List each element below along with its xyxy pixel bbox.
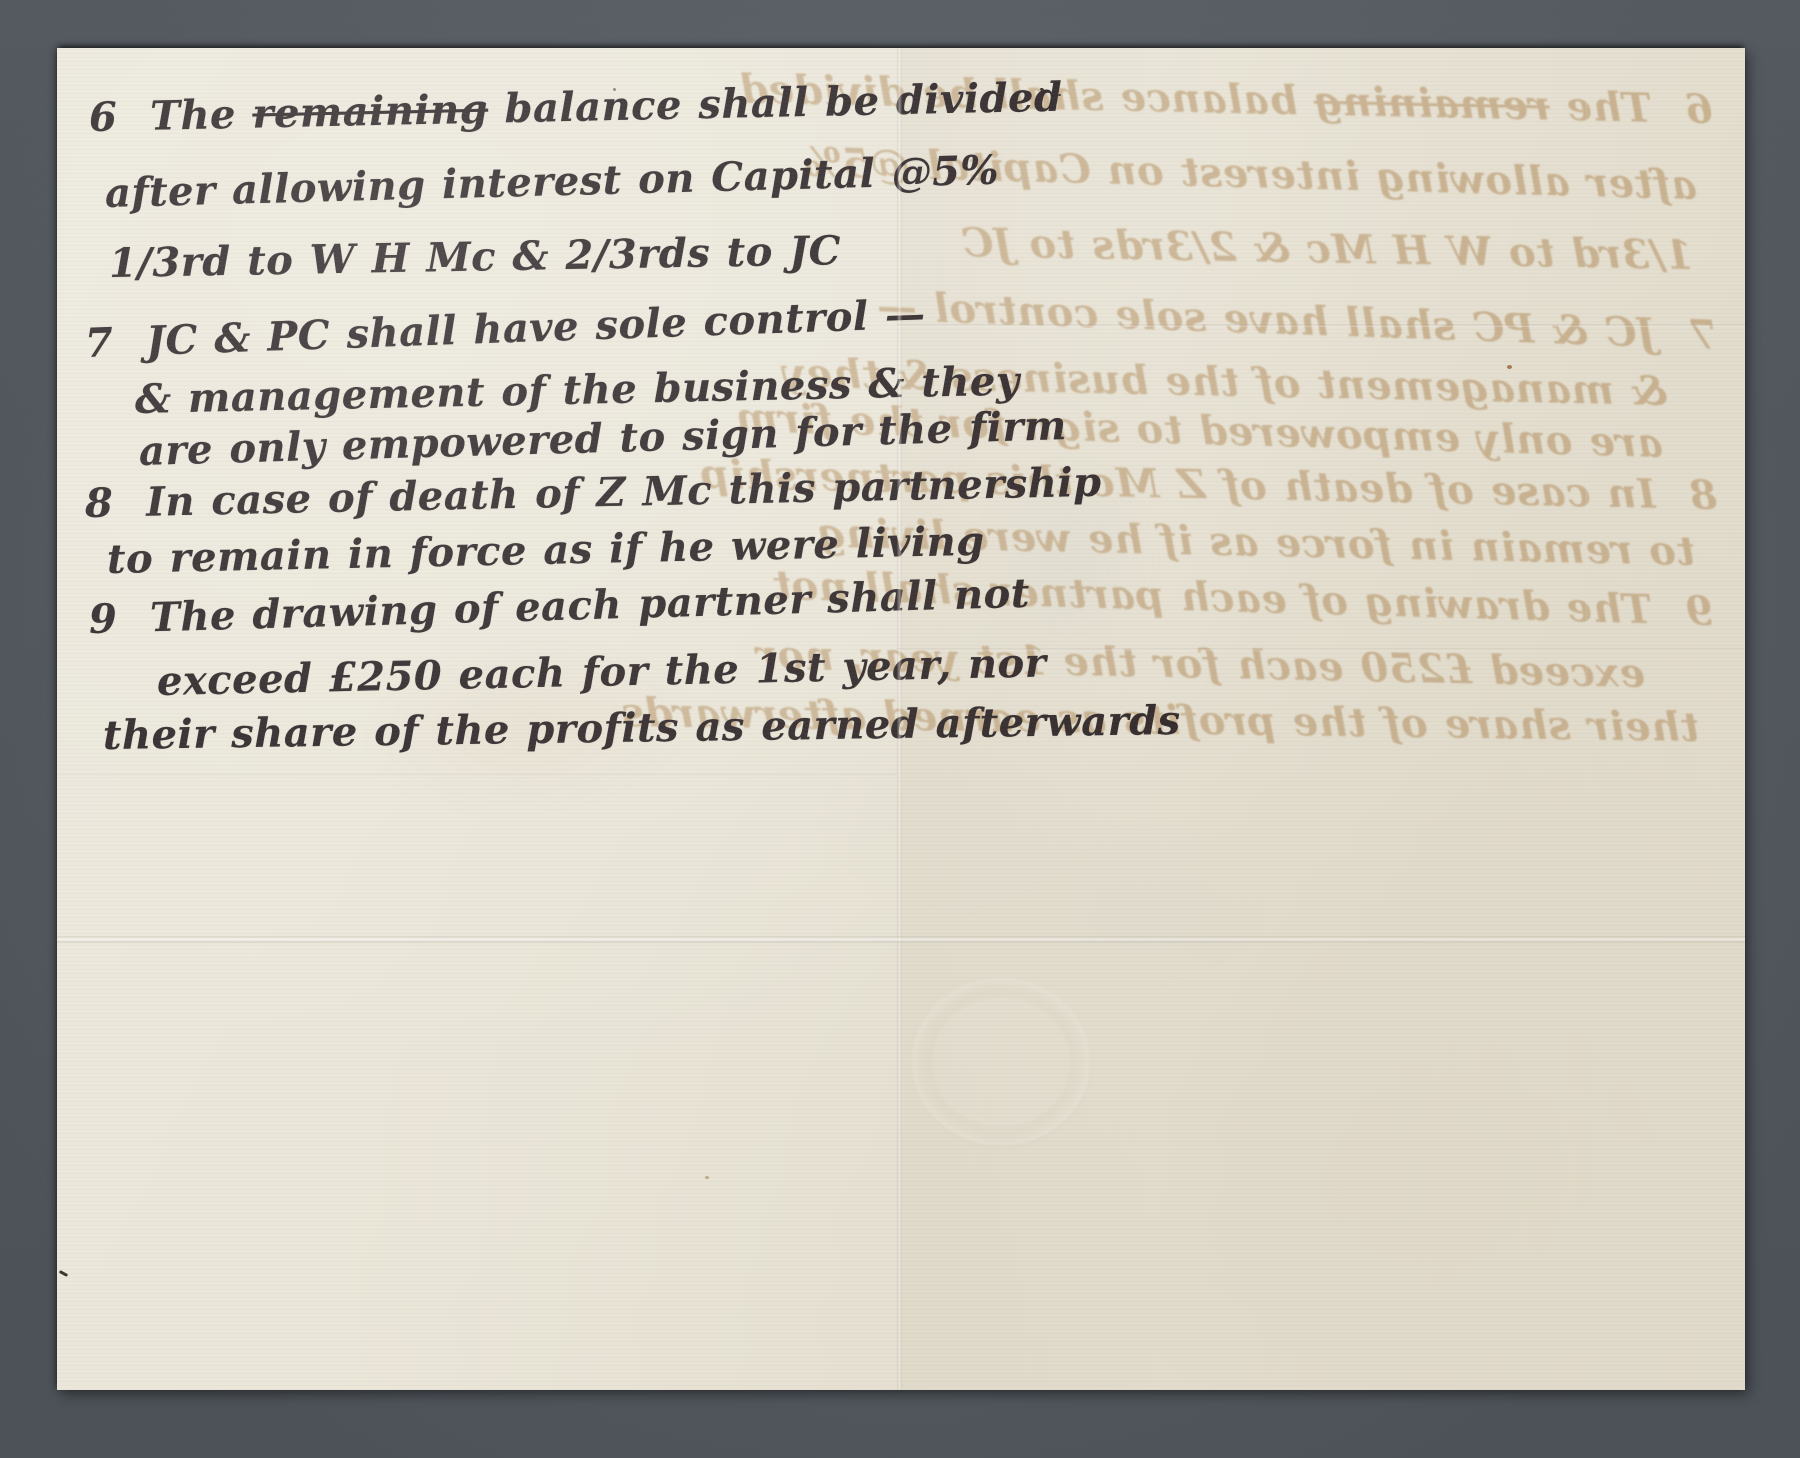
ink-speck: [1058, 94, 1061, 96]
manuscript-text: to remain in force as if he were living: [106, 518, 985, 583]
vertical-fold-crease-secondary: [1585, 48, 1588, 1390]
crease-left-lower: [57, 774, 897, 777]
manuscript-line: 7 JC & PC shall have sole control —: [84, 293, 926, 366]
embossed-seal: [912, 978, 1090, 1146]
struck-word: remaining: [252, 86, 489, 138]
crease-right-middle: [897, 648, 1745, 651]
vertical-fold-crease: [897, 48, 902, 1390]
manuscript-line: 9 The drawing of each partner shall not: [88, 572, 1030, 642]
manuscript-text: after allowing interest on Capital @5%: [104, 147, 999, 217]
crease-right-upper: [897, 324, 1745, 327]
manuscript-line: 6 The remaining balance shall be divided: [89, 76, 1063, 140]
ink-speck: [1507, 365, 1512, 369]
manuscript-text: 1/3rd to W H Mc & 2/3rds to JC: [109, 227, 842, 287]
manuscript-line: 1/3rd to W H Mc & 2/3rds to JC: [109, 229, 842, 286]
ink-speck: [705, 1176, 709, 1179]
manuscript-line: after allowing interest on Capital @5%: [104, 149, 999, 216]
manuscript-text: 6 The: [88, 91, 252, 141]
ink-speck: [613, 88, 616, 91]
manuscript-text: 9 The drawing of each partner shall not: [88, 570, 1030, 643]
manuscript-text: balance shall be divided: [488, 74, 1063, 133]
manuscript-line: to remain in force as if he were living: [107, 520, 986, 582]
manuscript-paper: 6 The remaining balance shall be divided…: [57, 48, 1745, 1390]
manuscript-text: 7 JC & PC shall have sole control —: [84, 291, 926, 367]
manuscript-text: their share of the profits as earned aft…: [103, 697, 1181, 759]
manuscript-line: their share of the profits as earned aft…: [103, 699, 1181, 758]
horizontal-fold-crease: [57, 936, 1745, 943]
